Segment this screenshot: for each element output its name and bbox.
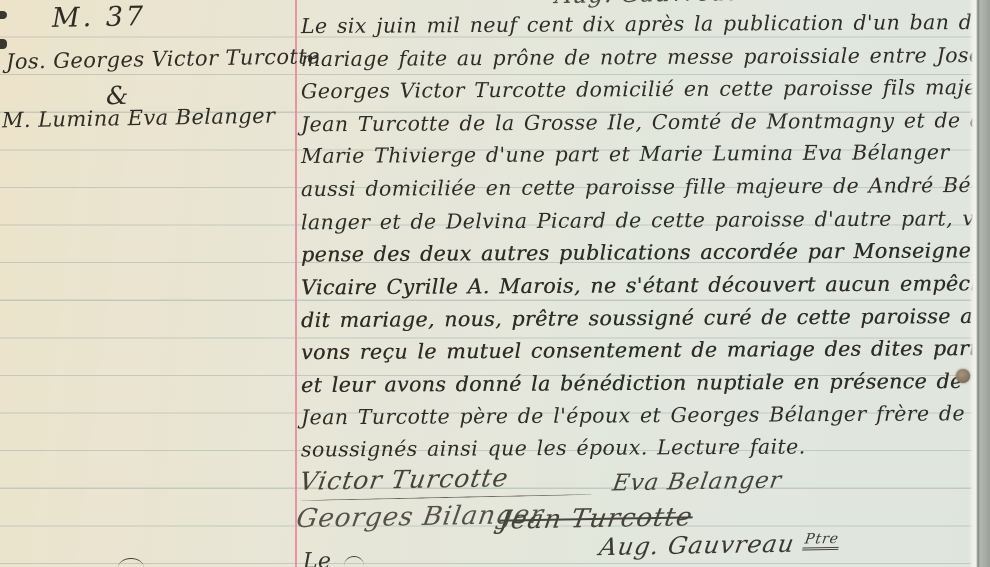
margin-groom-name: Jos. Georges Victor Turcotte (6, 44, 320, 73)
priest-signature-name: Aug. Gauvreau (597, 530, 796, 561)
margin-bride-name: M. Lumina Eva Belanger (2, 104, 276, 133)
witness-signature-jean: Jean Turcotte (497, 502, 695, 535)
act-line: langer et de Delvina Picard de cette par… (301, 206, 990, 235)
register-page: Aug. Gauvreau Ptre M. 37 Jos. Georges Vi… (0, 0, 990, 567)
act-line: pense des deux autres publications accor… (301, 238, 990, 267)
act-line: Georges Victor Turcotte domicilié en cet… (301, 75, 990, 103)
stray-pen-stroke (344, 556, 364, 566)
paper-speck (0, 39, 7, 49)
act-line: aussi domiciliée en cette paroisse fille… (301, 173, 978, 201)
act-line: mariage faite au prône de notre messe pa… (301, 43, 990, 71)
previous-entry-signature-fragment: Aug. Gauvreau Ptre (554, 0, 807, 9)
act-line: Vicaire Cyrille A. Marois, ne s'étant dé… (301, 271, 990, 300)
act-line: Marie Thivierge d'une part et Marie Lumi… (301, 140, 950, 168)
priest-title-superscript: Ptre (802, 531, 841, 551)
stray-pen-stroke (118, 558, 144, 567)
act-line: vons reçu le mutuel consentement de mari… (301, 336, 990, 364)
bride-signature: Eva Belanger (611, 468, 784, 497)
act-line: et leur avons donné la bénédiction nupti… (301, 369, 963, 397)
record-number: M. 37 (52, 1, 147, 34)
paper-speck (0, 11, 7, 19)
act-line: Le six juin mil neuf cent dix après la p… (301, 10, 985, 38)
act-line: dit mariage, nous, prêtre soussigné curé… (301, 304, 980, 332)
punch-hole (956, 369, 970, 383)
act-line: Jean Turcotte de la Grosse Ile, Comté de… (301, 108, 990, 137)
margin-rule-line (295, 0, 297, 567)
act-line: soussignés ainsi que les époux. Lecture … (301, 434, 806, 461)
next-entry-fragment: Le (303, 549, 332, 567)
priest-signature: Aug. Gauvreau Ptre (597, 529, 841, 561)
act-line: Jean Turcotte père de l'époux et Georges… (301, 401, 990, 430)
page-edge (969, 0, 990, 567)
groom-signature: Victor Turcotte (297, 463, 510, 496)
